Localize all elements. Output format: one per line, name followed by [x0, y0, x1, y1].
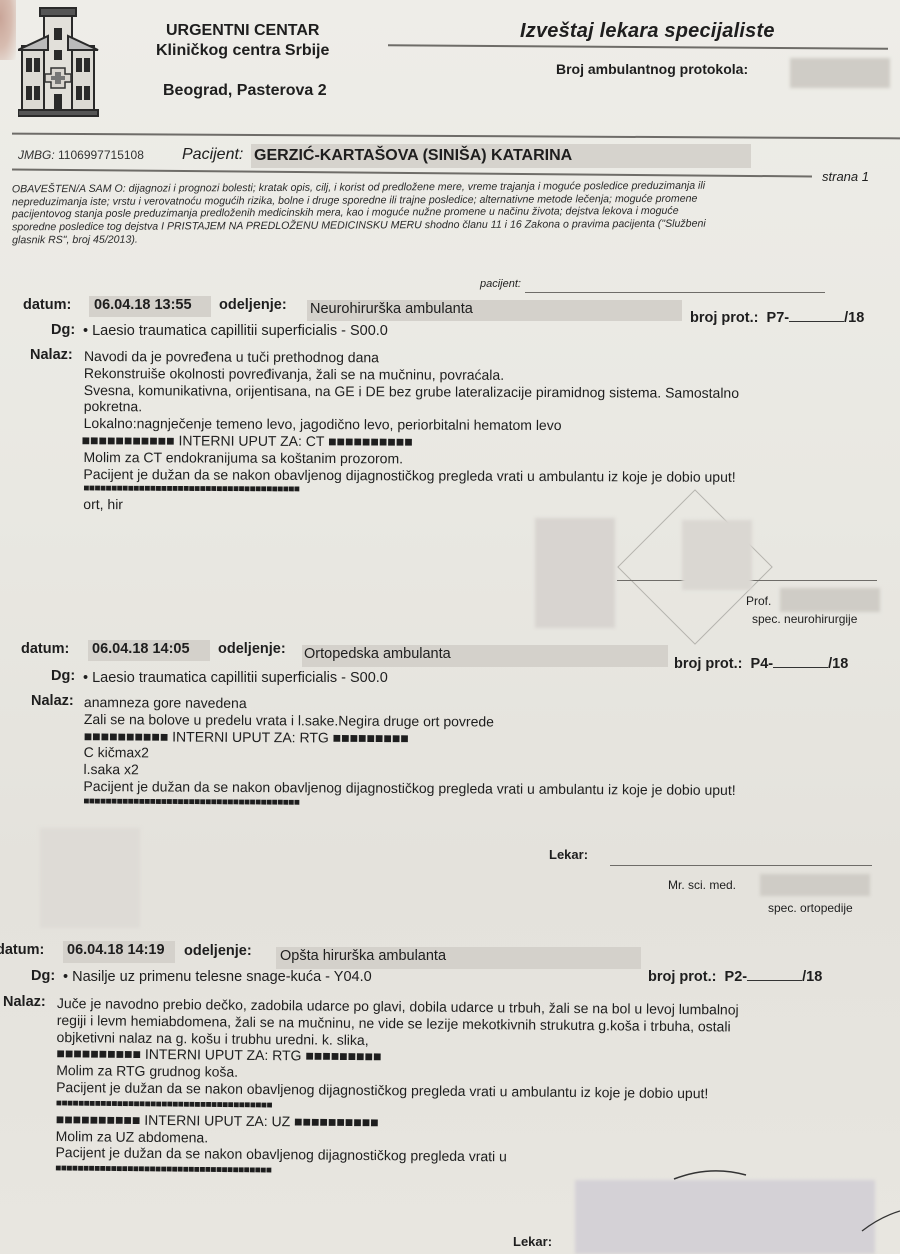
- diagnosis: • Laesio traumatica capillitii superfici…: [83, 323, 388, 339]
- jmbg-label: JMBG:: [18, 148, 55, 162]
- odeljenje-label: odeljenje:: [184, 943, 252, 959]
- datum-value: 06.04.18 14:05: [92, 641, 190, 657]
- doctor-name-redacted: [760, 874, 870, 896]
- broj-prot-suffix: /18: [844, 310, 864, 326]
- odeljenje-value: Opšta hirurška ambulanta: [280, 948, 446, 964]
- nalaz-label: Nalaz:: [3, 994, 46, 1010]
- broj-prot: broj prot.: P4-/18: [674, 656, 848, 672]
- patient-label: Pacijent:: [182, 146, 243, 164]
- doctor-title: Mr. sci. med.: [668, 878, 736, 892]
- odeljenje-value: Neurohirurška ambulanta: [310, 301, 473, 317]
- redacted-signature: [575, 1180, 875, 1254]
- datum-value: 06.04.18 13:55: [94, 297, 192, 313]
- doctor-specialty: spec. ortopedije: [768, 901, 853, 915]
- patient-name: GERZIĆ-KARTAŠOVA (SINIŠA) KATARINA: [254, 147, 572, 165]
- institution-subtitle: Kliničkog centra Srbije: [156, 42, 329, 60]
- redacted-stamp: [682, 520, 752, 590]
- doctor-title: Prof.: [746, 594, 771, 608]
- finger-shadow: [0, 0, 16, 60]
- broj-prot-suffix: /18: [828, 656, 848, 672]
- diagnosis: • Laesio traumatica capillitii superfici…: [83, 670, 388, 686]
- protocol-label: Broj ambulantnog protokola:: [556, 61, 748, 77]
- nalaz-text: Navodi da je povređena u tuči prethodnog…: [83, 348, 739, 516]
- nalaz-label: Nalaz:: [31, 693, 74, 709]
- lekar-label: Lekar:: [513, 1234, 552, 1249]
- signature-stroke-icon: [860, 1205, 900, 1235]
- hospital-building-logo-icon: [18, 6, 108, 118]
- signature-stroke-icon: [670, 1165, 750, 1185]
- doctor-specialty: spec. neurohirurgije: [752, 612, 857, 626]
- document-title: Izveštaj lekara specijaliste: [520, 20, 775, 43]
- diagnosis: • Nasilje uz primenu telesne snage-kuća …: [63, 969, 372, 985]
- nalaz-label: Nalaz:: [30, 347, 73, 363]
- broj-prot-label: broj prot.:: [674, 656, 742, 672]
- broj-prot-label: broj prot.:: [690, 310, 758, 326]
- datum-value: 06.04.18 14:19: [67, 942, 165, 958]
- dg-label: Dg:: [51, 322, 75, 338]
- institution-name: URGENTNI CENTAR: [166, 22, 319, 40]
- nalaz-line: ort, hir: [83, 496, 738, 516]
- nalaz-text: Juče je navodno prebio dečko, zadobila u…: [55, 995, 738, 1183]
- datum-label: datum:: [0, 942, 44, 958]
- odeljenje-label: odeljenje:: [218, 641, 286, 657]
- redacted-signature: [535, 518, 615, 628]
- odeljenje-value: Ortopedska ambulanta: [304, 646, 451, 662]
- datum-label: datum:: [23, 297, 71, 313]
- dg-label: Dg:: [31, 968, 55, 984]
- patient-signature-label: pacijent:: [480, 278, 521, 290]
- broj-prot: broj prot.: P7-/18: [690, 310, 864, 326]
- redacted-area: [40, 828, 140, 928]
- broj-prot-suffix: /18: [802, 969, 822, 985]
- broj-prot-prefix: P2-: [725, 969, 748, 985]
- odeljenje-label: odeljenje:: [219, 297, 287, 313]
- nalaz-text: anamneza gore navedena Zali se na bolove…: [83, 694, 736, 813]
- consent-text: OBAVEŠTEN/A SAM O: dijagnozi i prognozi …: [12, 179, 900, 247]
- protocol-number-redacted: [790, 58, 890, 88]
- broj-prot: broj prot.: P2-/18: [648, 969, 822, 985]
- nalaz-line: Svesna, komunikativna, orijentisana, na …: [84, 382, 739, 402]
- broj-prot-label: broj prot.:: [648, 969, 716, 985]
- institution-address: Beograd, Pasterova 2: [163, 82, 327, 100]
- doctor-name-redacted: [780, 588, 880, 612]
- lekar-label: Lekar:: [549, 847, 588, 862]
- jmbg-value: 1106997715108: [58, 148, 144, 162]
- doctor-signature-line: [610, 865, 872, 866]
- dg-label: Dg:: [51, 668, 75, 684]
- patient-signature-line: [525, 292, 825, 293]
- broj-prot-prefix: P7-: [767, 310, 790, 326]
- broj-prot-prefix: P4-: [751, 656, 774, 672]
- jmbg: JMBG: 1106997715108: [18, 148, 144, 162]
- datum-label: datum:: [21, 641, 69, 657]
